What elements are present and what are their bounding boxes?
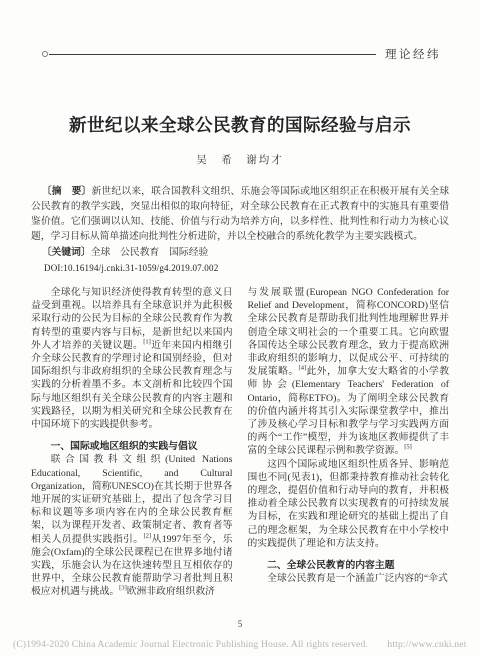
circle-ornament-icon <box>42 51 48 57</box>
body-paragraph: 与发展联盟(European NGO Confederation for Rel… <box>248 286 450 458</box>
paper-title: 新世纪以来全球公民教育的国际经验与启示 <box>34 112 446 137</box>
doi-line: DOI:10.16194/j.cnki.31-1059/g4.2019.07.0… <box>31 263 449 273</box>
paper-page: 理论经纬 新世纪以来全球公民教育的国际经验与启示 吴 希 谢均才 〔摘 要〕新世… <box>0 0 480 657</box>
keywords-text: 全球 公民教育 国际经验 <box>91 247 209 258</box>
keywords-line: 〔关键词〕全球 公民教育 国际经验 <box>31 245 449 260</box>
body-paragraph: 全球化与知识经济使得教育转型的意义日益受到重视。以培养具有全球意识并为此积极采取… <box>31 286 233 431</box>
body-paragraph: 这四个国际或地区组织性质各异、影响范围也不同(见表1)，但都秉持教育推动社会转化… <box>248 458 450 550</box>
authors-line: 吴 希 谢均才 <box>0 152 480 167</box>
left-column: 全球化与知识经济使得教育转型的意义日益受到重视。以培养具有全球意识并为此积极采取… <box>31 286 233 599</box>
section-heading-2: 二、全球公民教育的内容主题 <box>248 559 450 572</box>
header-divider <box>49 54 376 55</box>
section-heading-1: 一、国际或地区组织的实践与倡议 <box>31 440 233 453</box>
abstract-text: 新世纪以来，联合国教科文组织、乐施会等国际或地区组织正在积极开展有关全球公民教育… <box>31 186 449 242</box>
body-paragraph: 全球公民教育是一个涵盖广泛内容的“伞式 <box>248 572 450 585</box>
abstract-paragraph: 〔摘 要〕新世纪以来，联合国教科文组织、乐施会等国际或地区组织正在积极开展有关全… <box>31 184 449 244</box>
page-number: 5 <box>0 619 480 629</box>
body-paragraph: 联合国教科文组织(United Nations Educational, Sci… <box>31 453 233 598</box>
section-label: 理论经纬 <box>385 46 441 62</box>
right-column: 与发展联盟(European NGO Confederation for Rel… <box>248 286 450 599</box>
body-columns: 全球化与知识经济使得教育转型的意义日益受到重视。以培养具有全球意识并为此积极采取… <box>31 286 449 599</box>
abstract-label: 〔摘 要〕 <box>42 186 92 197</box>
header-rule: 理论经纬 <box>42 46 441 62</box>
copyright-line: (C)1994-2020 China Academic Journal Elec… <box>13 636 467 650</box>
keywords-label: 〔关键词〕 <box>42 247 91 258</box>
